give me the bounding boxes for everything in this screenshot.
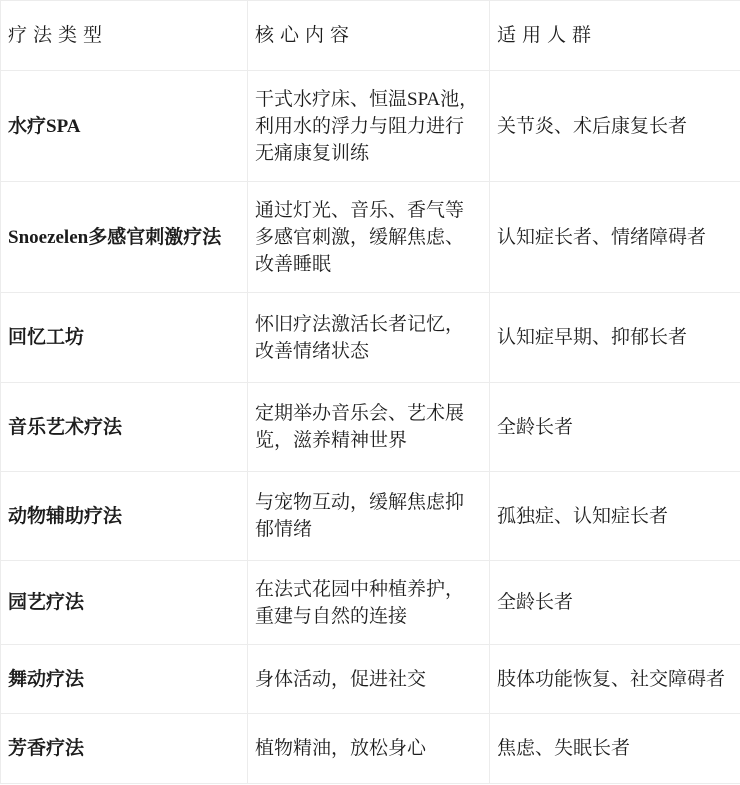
therapy-type-cell: 回忆工坊: [1, 293, 248, 383]
therapy-type-cell: 动物辅助疗法: [1, 472, 248, 561]
core-content-cell: 与宠物互动，缓解焦虑抑郁情绪: [248, 472, 490, 561]
table-row: 动物辅助疗法与宠物互动，缓解焦虑抑郁情绪孤独症、认知症长者: [1, 472, 740, 561]
table-row: 舞动疗法身体活动，促进社交肢体功能恢复、社交障碍者: [1, 645, 740, 714]
therapy-type-cell: 水疗SPA: [1, 71, 248, 182]
core-content-cell: 定期举办音乐会、艺术展览，滋养精神世界: [248, 383, 490, 472]
column-header-core-content: 核心内容: [248, 1, 490, 71]
table-row: 园艺疗法在法式花园中种植养护，重建与自然的连接全龄长者: [1, 561, 740, 645]
audience-cell: 全龄长者: [490, 561, 740, 645]
core-content-cell: 通过灯光、音乐、香气等多感官刺激，缓解焦虑、改善睡眠: [248, 182, 490, 293]
column-header-audience: 适用人群: [490, 1, 740, 71]
table-row: 芳香疗法植物精油，放松身心焦虑、失眠长者: [1, 714, 740, 784]
table-row: 回忆工坊怀旧疗法激活长者记忆，改善情绪状态认知症早期、抑郁长者: [1, 293, 740, 383]
table-header: 疗法类型 核心内容 适用人群: [1, 1, 740, 71]
audience-cell: 肢体功能恢复、社交障碍者: [490, 645, 740, 714]
audience-cell: 孤独症、认知症长者: [490, 472, 740, 561]
table-body: 水疗SPA干式水疗床、恒温SPA池，利用水的浮力与阻力进行无痛康复训练关节炎、术…: [1, 71, 740, 784]
header-row: 疗法类型 核心内容 适用人群: [1, 1, 740, 71]
table-row: 音乐艺术疗法定期举办音乐会、艺术展览，滋养精神世界全龄长者: [1, 383, 740, 472]
audience-cell: 焦虑、失眠长者: [490, 714, 740, 784]
audience-cell: 关节炎、术后康复长者: [490, 71, 740, 182]
table-row: Snoezelen多感官刺激疗法通过灯光、音乐、香气等多感官刺激，缓解焦虑、改善…: [1, 182, 740, 293]
audience-cell: 全龄长者: [490, 383, 740, 472]
core-content-cell: 身体活动，促进社交: [248, 645, 490, 714]
column-header-therapy-type: 疗法类型: [1, 1, 248, 71]
therapy-type-cell: 园艺疗法: [1, 561, 248, 645]
audience-cell: 认知症早期、抑郁长者: [490, 293, 740, 383]
core-content-cell: 怀旧疗法激活长者记忆，改善情绪状态: [248, 293, 490, 383]
core-content-cell: 在法式花园中种植养护，重建与自然的连接: [248, 561, 490, 645]
therapy-table: 疗法类型 核心内容 适用人群 水疗SPA干式水疗床、恒温SPA池，利用水的浮力与…: [0, 0, 740, 784]
core-content-cell: 干式水疗床、恒温SPA池，利用水的浮力与阻力进行无痛康复训练: [248, 71, 490, 182]
core-content-cell: 植物精油，放松身心: [248, 714, 490, 784]
therapy-type-cell: 音乐艺术疗法: [1, 383, 248, 472]
therapy-type-cell: Snoezelen多感官刺激疗法: [1, 182, 248, 293]
table-row: 水疗SPA干式水疗床、恒温SPA池，利用水的浮力与阻力进行无痛康复训练关节炎、术…: [1, 71, 740, 182]
therapy-type-cell: 芳香疗法: [1, 714, 248, 784]
therapy-type-cell: 舞动疗法: [1, 645, 248, 714]
audience-cell: 认知症长者、情绪障碍者: [490, 182, 740, 293]
